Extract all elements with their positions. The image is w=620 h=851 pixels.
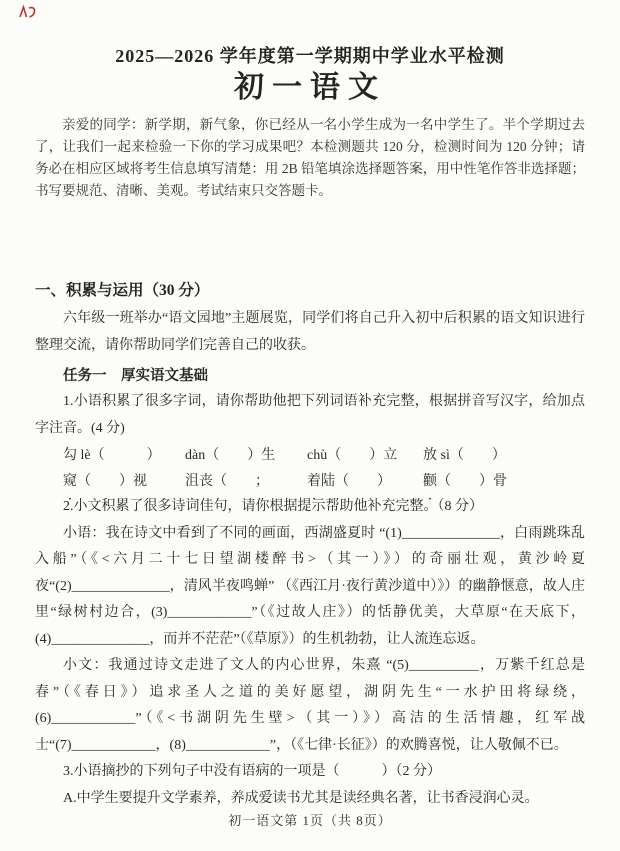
q1-word-blank: chù（ ）立 (307, 443, 423, 468)
q1-word-post: （ ）骨 (437, 474, 507, 489)
exam-paper: 2025—2026 学年度第一学期期中学业水平检测 初一语文 亲爱的同学：新学期… (0, 0, 620, 851)
page-footer: 初一语文第 1页（共 8页） (0, 810, 620, 829)
q2-xiaowen-paragraph: 小文：我通过诗文走进了文人的内心世界，朱熹 “(5)__________，万紫千… (35, 653, 585, 759)
exam-notice: 亲爱的同学：新学期，新气象，你已经从一名小学生成为一名中学生了。半个学期过去了，… (35, 114, 585, 202)
q2-xiaoyu-paragraph: 小语：我在诗文中看到了不同的画面，西湖盛夏时 “(1)_____________… (35, 521, 585, 654)
section1-intro: 六年级一班举办“语文园地”主题展览，同学们将自己升入初中后积累的语文知识进行整理… (35, 306, 585, 359)
q1-dotted-char: 颧 (423, 469, 437, 494)
q1-word-blank: 着陆（ ） (307, 469, 423, 494)
q1-stem: 1.小语积累了很多字词，请你帮助他把下列词语补充完整，根据拼音写汉字，给加点字注… (35, 389, 585, 442)
q1-word-blank: 窥（ ）视 (63, 469, 185, 494)
q1-word-blank: dàn（ ）生 (185, 443, 307, 468)
q1-dotted-char: 着 (307, 469, 321, 494)
q1-word-post: （ ）视 (77, 474, 147, 489)
q1-word-blank: 放 sì（ ） (423, 443, 506, 468)
q1-word-blank: 颧（ ）骨 (423, 469, 507, 494)
q1-word-post: 陆（ ） (321, 474, 391, 489)
task1-heading: 任务一 厚实语文基础 (35, 364, 585, 389)
red-stamp-icon (18, 5, 36, 20)
q3-option-a: A.中学生要提升文学素养，养成爱读书尤其是读经典名著，让书香浸润心灵。 (35, 786, 585, 813)
q3-stem: 3.小语摘抄的下列句子中没有语病的一项是（ ）（2 分） (35, 759, 585, 786)
q1-word-blank: 勾 lè（ ） (63, 443, 185, 468)
q1-word-post: 丧（ ； (199, 474, 269, 489)
subject-title: 初一语文 (35, 71, 585, 105)
q1-dotted-char: 沮 (185, 469, 199, 494)
q1-word-blank: 沮丧（ ； (185, 469, 307, 494)
exam-session-title: 2025—2026 学年度第一学期期中学业水平检测 (35, 44, 585, 68)
q1-dotted-char: 窥 (63, 469, 77, 494)
q1-row2: 窥（ ）视 沮丧（ ； 着陆（ ） 颧（ ）骨 (35, 469, 585, 494)
q1-row1: 勾 lè（ ） dàn（ ）生 chù（ ）立 放 sì（ ） (35, 443, 585, 468)
section1-heading: 一、积累与运用（30 分） (35, 280, 585, 302)
